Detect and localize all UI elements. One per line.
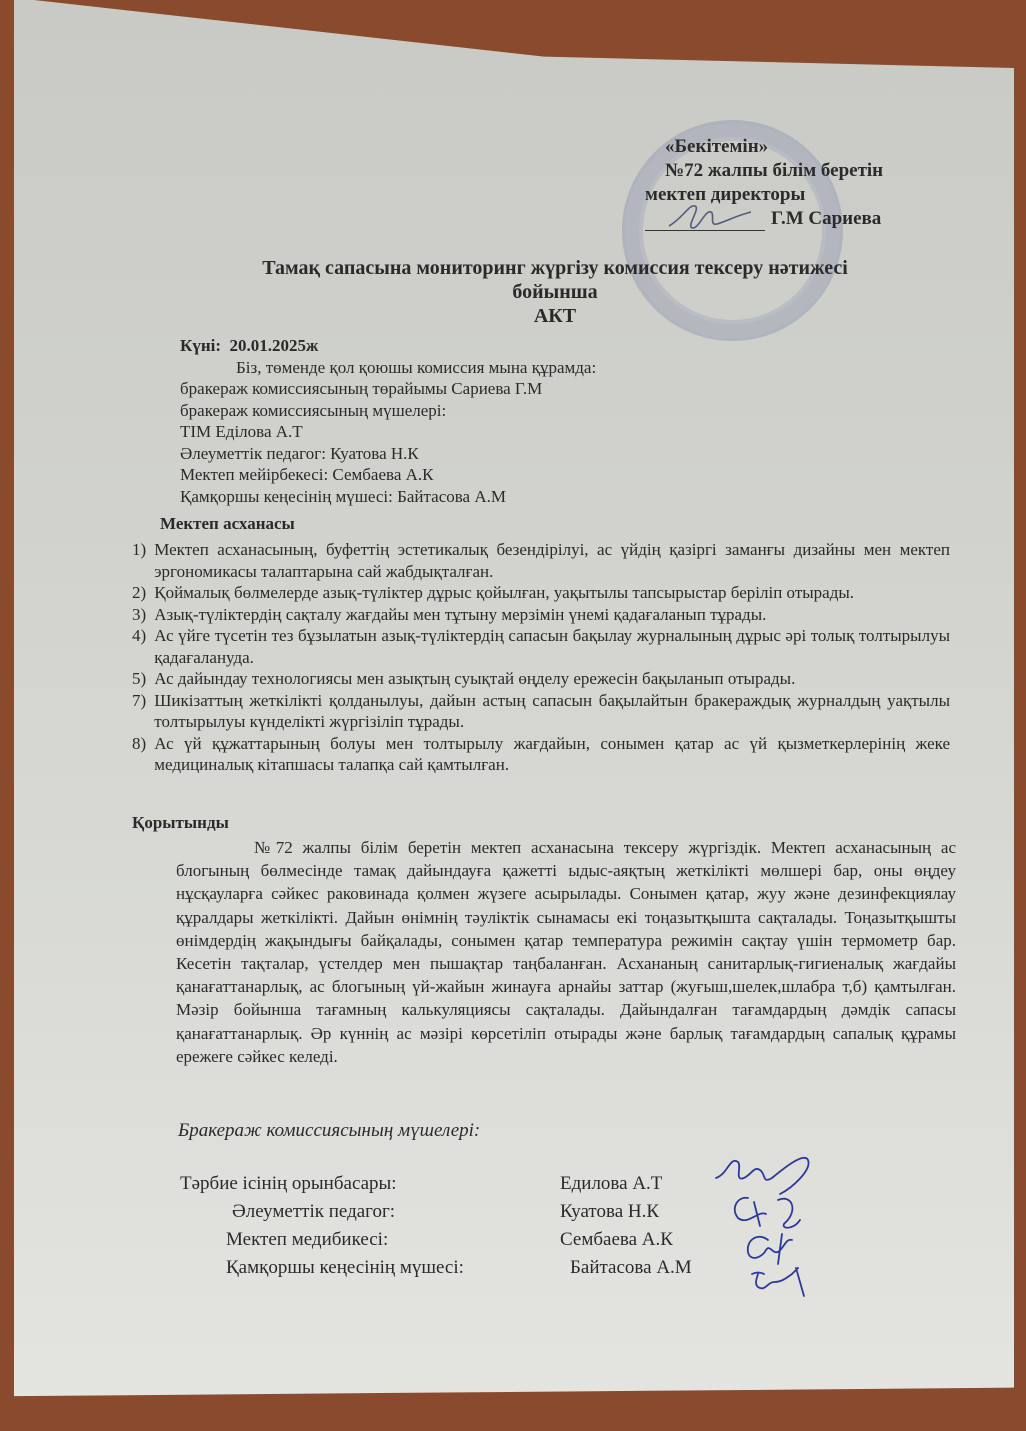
signer-name: Байтасова А.М <box>570 1254 720 1282</box>
commission-info: Күні: 20.01.2025ж Біз, төменде қол қоюшы… <box>180 335 596 507</box>
chair-text: бракераж комиссиясының төрайымы Сариева … <box>180 378 596 400</box>
signer-role: Мектеп медибикесі: <box>180 1226 560 1254</box>
list-item: 5) Ас дайындау технологиясы мен азықтың … <box>132 668 950 690</box>
list-item: 7) Шикізаттың жеткілікті қолданылуы, дай… <box>132 690 950 733</box>
approval-title: «Бекітемін» <box>645 135 945 159</box>
signer-name: Едилова А.Т <box>560 1170 710 1198</box>
members-label: бракераж комиссиясының мүшелері: <box>180 400 596 422</box>
conclusion-text: №72 жалпы білім беретін мектеп асханасын… <box>176 836 956 1068</box>
signer-role: Тәрбие ісінің орынбасары: <box>180 1170 560 1198</box>
member-item: ТІМ Еділова А.Т <box>180 421 596 443</box>
list-item: 8) Ас үй құжаттарының болуы мен толтырыл… <box>132 733 950 776</box>
title-line-3: АКТ <box>150 304 960 328</box>
signatures-heading: Бракераж комиссиясының мүшелері: <box>178 1120 480 1142</box>
signature-row: Әлеуметтік педагог: Куатова Н.К <box>180 1198 720 1226</box>
signature-row: Тәрбие ісінің орынбасары: Едилова А.Т <box>180 1170 720 1198</box>
list-item: 2) Қоймалық бөлмелерде азық-түліктер дұр… <box>132 582 950 604</box>
member-item: Әлеуметтік педагог: Куатова Н.К <box>180 443 596 465</box>
list-item: 4) Ас үйге түсетін тез бұзылатын азық-тү… <box>132 625 950 668</box>
canteen-checklist: 1) Мектеп асханасының, буфеттің эстетика… <box>132 539 950 776</box>
signer-name: Куатова Н.К <box>560 1198 710 1226</box>
intro-text: Біз, төменде қол қоюшы комиссия мына құр… <box>180 357 596 379</box>
date-line: Күні: 20.01.2025ж <box>180 335 596 357</box>
director-name: Г.М Сариева <box>771 207 881 231</box>
date-value: 20.01.2025ж <box>230 336 319 355</box>
signature-row: Мектеп медибикесі: Сембаева А.К <box>180 1226 720 1254</box>
signer-role: Қамқоршы кеңесінің мүшесі: <box>180 1254 570 1282</box>
signer-name: Сембаева А.К <box>560 1226 710 1254</box>
title-line-2: бойынша <box>150 280 960 304</box>
member-item: Қамқоршы кеңесінің мүшесі: Байтасова А.М <box>180 486 596 508</box>
signature-row: Қамқоршы кеңесінің мүшесі: Байтасова А.М <box>180 1254 720 1282</box>
list-item: 3) Азық-түліктердің сақталу жағдайы мен … <box>132 604 950 626</box>
approval-block: «Бекітемін» №72 жалпы білім беретін мект… <box>645 135 945 231</box>
title-line-1: Тамақ сапасына мониторинг жүргізу комисс… <box>150 256 960 280</box>
date-label: Күні: <box>180 336 221 355</box>
director-signature-line <box>645 212 765 231</box>
signer-role: Әлеуметтік педагог: <box>180 1198 560 1226</box>
signature-table: Тәрбие ісінің орынбасары: Едилова А.Т Әл… <box>180 1170 720 1282</box>
document-title: Тамақ сапасына мониторинг жүргізу комисс… <box>150 256 960 328</box>
approval-line-2: №72 жалпы білім беретін <box>645 159 945 183</box>
conclusion-heading: Қорытынды <box>132 813 229 833</box>
member-item: Мектеп мейірбекесі: Сембаева А.К <box>180 464 596 486</box>
director-signature-icon <box>665 198 755 232</box>
canteen-heading: Мектеп асханасы <box>160 514 295 534</box>
list-item: 1) Мектеп асханасының, буфеттің эстетика… <box>132 539 950 582</box>
handwritten-signatures-icon <box>708 1148 828 1298</box>
